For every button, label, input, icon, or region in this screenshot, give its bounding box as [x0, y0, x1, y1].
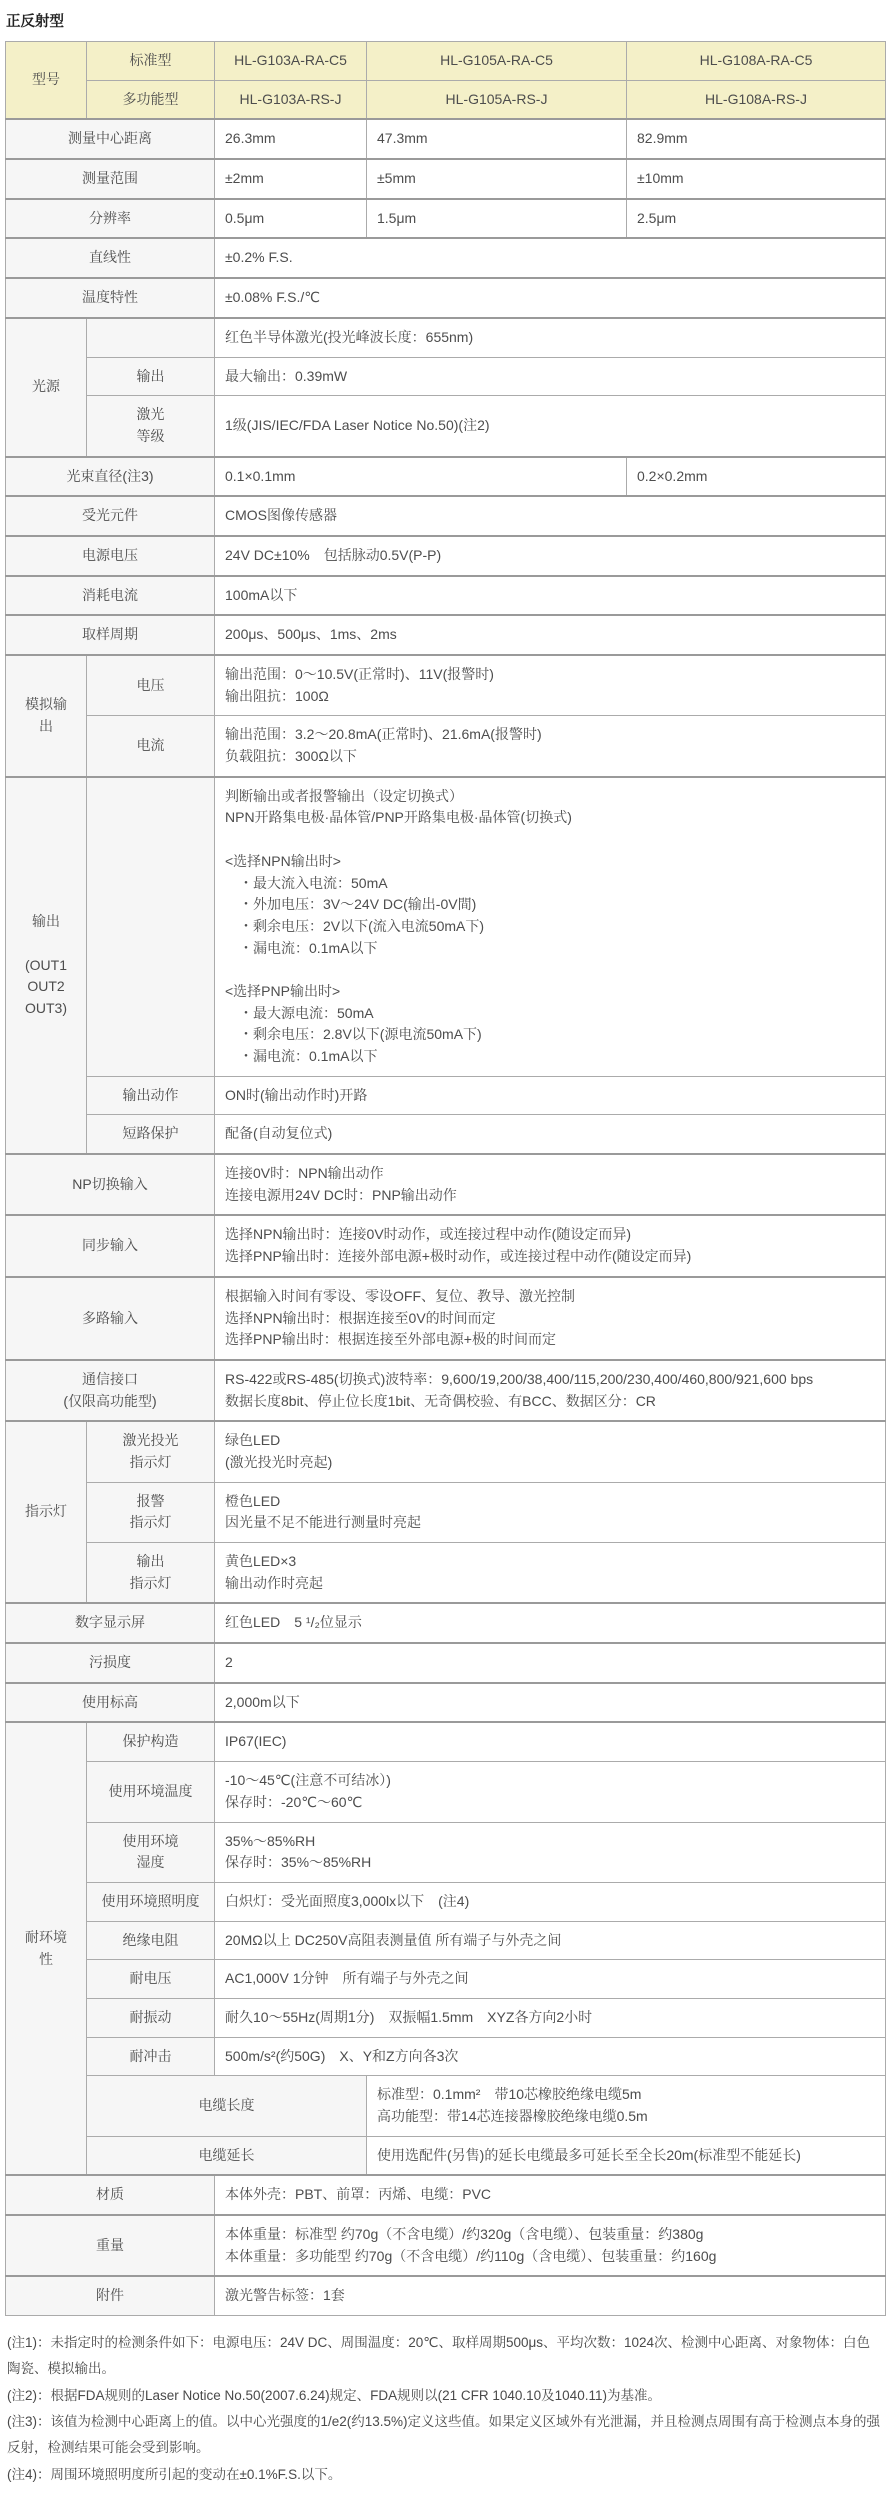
- spec-value: 82.9mm: [627, 119, 886, 159]
- row-indicator-laser: 指示灯 激光投光 指示灯 绿色LED (激光投光时亮起): [6, 1421, 886, 1482]
- group-label-environment: 耐环境 性: [6, 1722, 87, 2175]
- row-multi-input: 多路输入 根据输入时间有零设、零设OFF、复位、教导、激光控制 选择NPN输出时…: [6, 1277, 886, 1360]
- spec-value: CMOS图像传感器: [215, 496, 886, 536]
- row-linearity: 直线性 ±0.2% F.S.: [6, 238, 886, 278]
- spec-value: 橙色LED 因光量不足不能进行测量时亮起: [215, 1482, 886, 1542]
- spec-value: 本体重量：标准型 约70g（不含电缆）/约320g（含电缆）、包装重量：约380…: [215, 2215, 886, 2276]
- model-number: HL-G105A-RS-J: [367, 80, 627, 119]
- row-sampling-cycle: 取样周期 200μs、500μs、1ms、2ms: [6, 615, 886, 655]
- row-env-ambient-illuminance: 使用环境照明度 白炽灯：受光面照度3,000lx以下 (注4): [6, 1882, 886, 1921]
- spec-value: -10～45℃(注意不可结冰）) 保存时：-20℃～60℃: [215, 1762, 886, 1822]
- spec-value: 47.3mm: [367, 119, 627, 159]
- spec-label: 光束直径(注3): [6, 457, 215, 497]
- spec-value: 输出范围：3.2～20.8mA(正常时)、21.6mA(报警时) 负载阻抗：30…: [215, 716, 886, 777]
- row-temperature-characteristics: 温度特性 ±0.08% F.S./℃: [6, 278, 886, 318]
- spec-value: ±10mm: [627, 159, 886, 199]
- row-light-source-output: 输出 最大输出：0.39mW: [6, 357, 886, 396]
- spec-value: ±0.08% F.S./℃: [215, 278, 886, 318]
- spec-sublabel: 使用环境照明度: [87, 1882, 215, 1921]
- group-label-output: 输出 (OUT1 OUT2 OUT3): [6, 777, 87, 1154]
- group-label-indicators: 指示灯: [6, 1421, 87, 1603]
- spec-label: 分辨率: [6, 199, 215, 239]
- spec-value: 200μs、500μs、1ms、2ms: [215, 615, 886, 655]
- spec-value: 输出范围：0～10.5V(正常时)、11V(报警时) 输出阻抗：100Ω: [215, 655, 886, 716]
- spec-value: IP67(IEC): [215, 1722, 886, 1761]
- type-label-standard: 标准型: [87, 42, 215, 81]
- spec-label: NP切换输入: [6, 1154, 215, 1215]
- group-label-analog-output: 模拟输 出: [6, 655, 87, 777]
- page-title: 正反射型: [6, 10, 885, 31]
- spec-label: 电缆延长: [87, 2136, 367, 2175]
- spec-value: 根据输入时间有零设、零设OFF、复位、教导、激光控制 选择NPN输出时：根据连接…: [215, 1277, 886, 1360]
- row-communication-interface: 通信接口 (仅限高功能型) RS-422或RS-485(切换式)波特率：9,60…: [6, 1360, 886, 1421]
- spec-label: 电缆长度: [87, 2076, 367, 2136]
- footnote-2: (注2)：根据FDA规则的Laser Notice No.50(2007.6.2…: [7, 2383, 883, 2409]
- row-env-insulation-resistance: 绝缘电阻 20MΩ以上 DC250V高阻表测量值 所有端子与外壳之间: [6, 1921, 886, 1960]
- spec-value: 连接0V时：NPN输出动作 连接电源用24V DC时：PNP输出动作: [215, 1154, 886, 1215]
- spec-value: ±2mm: [215, 159, 367, 199]
- row-digital-display: 数字显示屏 红色LED 5 ¹/₂位显示: [6, 1603, 886, 1643]
- row-model-standard: 型号 标准型 HL-G103A-RA-C5 HL-G105A-RA-C5 HL-…: [6, 42, 886, 81]
- row-env-vibration: 耐振动 耐久10～55Hz(周期1分) 双振幅1.5mm XYZ各方向2小时: [6, 1998, 886, 2037]
- spec-label: 温度特性: [6, 278, 215, 318]
- spec-value: 配备(自动复位式): [215, 1115, 886, 1154]
- spec-value: RS-422或RS-485(切换式)波特率：9,600/19,200/38,40…: [215, 1360, 886, 1421]
- row-env-shock: 耐冲击 500m/s²(约50G) X、Y和Z方向各3次: [6, 2037, 886, 2076]
- spec-sublabel: 电压: [87, 655, 215, 716]
- spec-label: 取样周期: [6, 615, 215, 655]
- row-resolution: 分辨率 0.5μm 1.5μm 2.5μm: [6, 199, 886, 239]
- spec-value: 红色半导体激光(投光峰波长度：655nm): [215, 318, 886, 357]
- spec-value: 判断输出或者报警输出（设定切换式） NPN开路集电极·晶体管/PNP开路集电极·…: [215, 777, 886, 1076]
- row-indicator-alarm: 报警 指示灯 橙色LED 因光量不足不能进行测量时亮起: [6, 1482, 886, 1542]
- spec-value: 红色LED 5 ¹/₂位显示: [215, 1603, 886, 1643]
- spec-value: 2: [215, 1643, 886, 1683]
- spec-value: 2,000m以下: [215, 1683, 886, 1723]
- row-analog-voltage: 模拟输 出 电压 输出范围：0～10.5V(正常时)、11V(报警时) 输出阻抗…: [6, 655, 886, 716]
- spec-value: 最大输出：0.39mW: [215, 357, 886, 396]
- row-pollution-degree: 污损度 2: [6, 1643, 886, 1683]
- spec-value: 黄色LED×3 输出动作时亮起: [215, 1543, 886, 1604]
- spec-label: 使用标高: [6, 1683, 215, 1723]
- type-label-multifunction: 多功能型: [87, 80, 215, 119]
- spec-label: 数字显示屏: [6, 1603, 215, 1643]
- row-receiving-element: 受光元件 CMOS图像传感器: [6, 496, 886, 536]
- spec-value: 24V DC±10% 包括脉动0.5V(P-P): [215, 536, 886, 576]
- spec-value: 绿色LED (激光投光时亮起): [215, 1421, 886, 1482]
- row-sync-input: 同步输入 选择NPN输出时：连接0V时动作，或连接过程中动作(随设定而异) 选择…: [6, 1215, 886, 1276]
- spec-value: 100mA以下: [215, 576, 886, 616]
- spec-value: ±0.2% F.S.: [215, 238, 886, 278]
- spec-label: 同步输入: [6, 1215, 215, 1276]
- row-cable-length: 电缆长度 标准型：0.1mm² 带10芯橡胶绝缘电缆5m 高功能型：带14芯连接…: [6, 2076, 886, 2136]
- model-number: HL-G103A-RS-J: [215, 80, 367, 119]
- row-operating-altitude: 使用标高 2,000m以下: [6, 1683, 886, 1723]
- spec-label: 直线性: [6, 238, 215, 278]
- row-beam-diameter: 光束直径(注3) 0.1×0.1mm 0.2×0.2mm: [6, 457, 886, 497]
- row-supply-voltage: 电源电压 24V DC±10% 包括脉动0.5V(P-P): [6, 536, 886, 576]
- model-header-label: 型号: [6, 42, 87, 120]
- spec-value: 0.5μm: [215, 199, 367, 239]
- spec-value: 标准型：0.1mm² 带10芯橡胶绝缘电缆5m 高功能型：带14芯连接器橡胶绝缘…: [367, 2076, 886, 2136]
- spec-value: 500m/s²(约50G) X、Y和Z方向各3次: [215, 2037, 886, 2076]
- row-output-action: 输出动作 ON时(输出动作时)开路: [6, 1076, 886, 1115]
- row-measuring-range: 测量范围 ±2mm ±5mm ±10mm: [6, 159, 886, 199]
- spec-sublabel: [87, 318, 215, 357]
- spec-sublabel: 输出动作: [87, 1076, 215, 1115]
- spec-value: 1级(JIS/IEC/FDA Laser Notice No.50)(注2): [215, 396, 886, 457]
- row-model-multifunction: 多功能型 HL-G103A-RS-J HL-G105A-RS-J HL-G108…: [6, 80, 886, 119]
- spec-sublabel: 电流: [87, 716, 215, 777]
- row-np-switch-input: NP切换输入 连接0V时：NPN输出动作 连接电源用24V DC时：PNP输出动…: [6, 1154, 886, 1215]
- spec-value: AC1,000V 1分钟 所有端子与外壳之间: [215, 1960, 886, 1999]
- spec-label: 多路输入: [6, 1277, 215, 1360]
- spec-label: 测量范围: [6, 159, 215, 199]
- row-current-consumption: 消耗电流 100mA以下: [6, 576, 886, 616]
- row-env-withstand-voltage: 耐电压 AC1,000V 1分钟 所有端子与外壳之间: [6, 1960, 886, 1999]
- model-number: HL-G108A-RS-J: [627, 80, 886, 119]
- row-analog-current: 电流 输出范围：3.2～20.8mA(正常时)、21.6mA(报警时) 负载阻抗…: [6, 716, 886, 777]
- spec-value: 耐久10～55Hz(周期1分) 双振幅1.5mm XYZ各方向2小时: [215, 1998, 886, 2037]
- spec-label: 材质: [6, 2175, 215, 2215]
- spec-sublabel: 激光投光 指示灯: [87, 1421, 215, 1482]
- spec-label: 污损度: [6, 1643, 215, 1683]
- spec-label: 通信接口 (仅限高功能型): [6, 1360, 215, 1421]
- row-laser-class: 激光 等级 1级(JIS/IEC/FDA Laser Notice No.50)…: [6, 396, 886, 457]
- row-env-ambient-temperature: 使用环境温度 -10～45℃(注意不可结冰）) 保存时：-20℃～60℃: [6, 1762, 886, 1822]
- spec-sublabel: 耐振动: [87, 1998, 215, 2037]
- spec-value: 使用选配件(另售)的延长电缆最多可延长至全长20m(标准型不能延长): [367, 2136, 886, 2175]
- row-short-protection: 短路保护 配备(自动复位式): [6, 1115, 886, 1154]
- spec-value: ±5mm: [367, 159, 627, 199]
- row-env-protection: 耐环境 性 保护构造 IP67(IEC): [6, 1722, 886, 1761]
- spec-sublabel: 耐冲击: [87, 2037, 215, 2076]
- spec-value: 20MΩ以上 DC250V高阻表测量值 所有端子与外壳之间: [215, 1921, 886, 1960]
- spec-sublabel: [87, 777, 215, 1076]
- spec-sublabel: 使用环境温度: [87, 1762, 215, 1822]
- row-measuring-center-distance: 测量中心距离 26.3mm 47.3mm 82.9mm: [6, 119, 886, 159]
- footnote-1: (注1)：未指定时的检测条件如下：电源电压：24V DC、周围温度：20℃、取样…: [7, 2330, 883, 2383]
- spec-value: 26.3mm: [215, 119, 367, 159]
- row-cable-extension: 电缆延长 使用选配件(另售)的延长电缆最多可延长至全长20m(标准型不能延长): [6, 2136, 886, 2175]
- row-light-source-type: 光源 红色半导体激光(投光峰波长度：655nm): [6, 318, 886, 357]
- row-accessories: 附件 激光警告标签：1套: [6, 2276, 886, 2315]
- footnote-4: (注4)：周围环境照明度所引起的变动在±0.1%F.S.以下。: [7, 2462, 883, 2488]
- spec-sublabel: 短路保护: [87, 1115, 215, 1154]
- spec-sublabel: 报警 指示灯: [87, 1482, 215, 1542]
- spec-label: 重量: [6, 2215, 215, 2276]
- spec-sublabel: 输出 指示灯: [87, 1543, 215, 1604]
- spec-table: 型号 标准型 HL-G103A-RA-C5 HL-G105A-RA-C5 HL-…: [5, 41, 886, 2316]
- spec-value: 2.5μm: [627, 199, 886, 239]
- row-indicator-output: 输出 指示灯 黄色LED×3 输出动作时亮起: [6, 1543, 886, 1604]
- spec-sublabel: 激光 等级: [87, 396, 215, 457]
- spec-label: 受光元件: [6, 496, 215, 536]
- footnote-3: (注3)：该值为检测中心距离上的值。以中心光强度的1/e2(约13.5%)定义这…: [7, 2409, 883, 2462]
- spec-value: 0.1×0.1mm: [215, 457, 627, 497]
- spec-label: 电源电压: [6, 536, 215, 576]
- spec-value: 白炽灯：受光面照度3,000lx以下 (注4): [215, 1882, 886, 1921]
- row-output-main: 输出 (OUT1 OUT2 OUT3) 判断输出或者报警输出（设定切换式） NP…: [6, 777, 886, 1076]
- spec-sublabel: 耐电压: [87, 1960, 215, 1999]
- spec-value: 0.2×0.2mm: [627, 457, 886, 497]
- row-env-ambient-humidity: 使用环境 湿度 35%～85%RH 保存时：35%～85%RH: [6, 1822, 886, 1882]
- footnotes: (注1)：未指定时的检测条件如下：电源电压：24V DC、周围温度：20℃、取样…: [7, 2330, 883, 2488]
- spec-value: 1.5μm: [367, 199, 627, 239]
- spec-label: 消耗电流: [6, 576, 215, 616]
- model-number: HL-G108A-RA-C5: [627, 42, 886, 81]
- spec-sublabel: 绝缘电阻: [87, 1921, 215, 1960]
- model-number: HL-G103A-RA-C5: [215, 42, 367, 81]
- row-weight: 重量 本体重量：标准型 约70g（不含电缆）/约320g（含电缆）、包装重量：约…: [6, 2215, 886, 2276]
- group-label-light-source: 光源: [6, 318, 87, 457]
- spec-value: 本体外壳：PBT、前罩：丙烯、电缆：PVC: [215, 2175, 886, 2215]
- spec-label: 测量中心距离: [6, 119, 215, 159]
- spec-value: 激光警告标签：1套: [215, 2276, 886, 2315]
- spec-label: 附件: [6, 2276, 215, 2315]
- model-number: HL-G105A-RA-C5: [367, 42, 627, 81]
- spec-sublabel: 保护构造: [87, 1722, 215, 1761]
- spec-value: 选择NPN输出时：连接0V时动作，或连接过程中动作(随设定而异) 选择PNP输出…: [215, 1215, 886, 1276]
- spec-sublabel: 输出: [87, 357, 215, 396]
- spec-value: ON时(输出动作时)开路: [215, 1076, 886, 1115]
- spec-value: 35%～85%RH 保存时：35%～85%RH: [215, 1822, 886, 1882]
- spec-sublabel: 使用环境 湿度: [87, 1822, 215, 1882]
- row-material: 材质 本体外壳：PBT、前罩：丙烯、电缆：PVC: [6, 2175, 886, 2215]
